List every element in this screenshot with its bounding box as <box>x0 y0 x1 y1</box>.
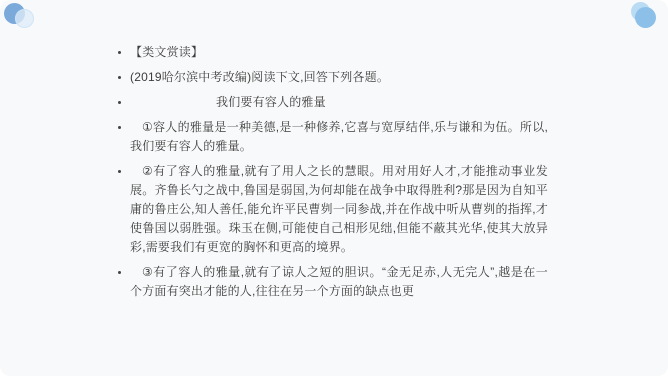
decorative-circles-top-right <box>631 2 661 32</box>
bullet-icon <box>118 43 130 62</box>
list-item-paragraph: ③有了容人的雅量,就有了谅人之短的胆识。“金无足赤,人无完人”,越是在一个方面有… <box>118 263 548 301</box>
light-circle-icon <box>15 9 34 28</box>
bullet-icon <box>118 118 130 156</box>
bullet-icon <box>118 93 130 112</box>
list-item: 【类文赏读】 <box>118 43 548 62</box>
paragraph-text: ③有了容人的雅量,就有了谅人之短的胆识。“金无足赤,人无完人”,越是在一个方面有… <box>130 263 548 301</box>
decorative-circles-top-left <box>4 3 40 35</box>
bullet-icon <box>118 68 130 87</box>
list-item: (2019哈尔滨中考改编)阅读下文,回答下列各题。 <box>118 68 548 87</box>
paragraph-text: ①容人的雅量是一种美德,是一种修养,它喜与宽厚结伴,乐与谦和为伍。所以,我们要有… <box>130 118 548 156</box>
bullet-icon <box>118 263 130 301</box>
blue-circle-icon <box>635 7 656 28</box>
list-item-paragraph: ②有了容人的雅量,就有了用人之长的慧眼。用对用好人才,才能推动事业发展。齐鲁长勺… <box>118 162 548 257</box>
paragraph-text: ②有了容人的雅量,就有了用人之长的慧眼。用对用好人才,才能推动事业发展。齐鲁长勺… <box>130 162 548 257</box>
list-item-text: 【类文赏读】 <box>130 43 548 62</box>
list-item-paragraph: ①容人的雅量是一种美德,是一种修养,它喜与宽厚结伴,乐与谦和为伍。所以,我们要有… <box>118 118 548 156</box>
slide-canvas: 【类文赏读】 (2019哈尔滨中考改编)阅读下文,回答下列各题。 我们要有容人的… <box>0 0 668 376</box>
slide-text-content: 【类文赏读】 (2019哈尔滨中考改编)阅读下文,回答下列各题。 我们要有容人的… <box>118 43 548 307</box>
list-item-essay-title: 我们要有容人的雅量 <box>118 93 548 112</box>
list-item-text: (2019哈尔滨中考改编)阅读下文,回答下列各题。 <box>130 68 548 87</box>
essay-title-text: 我们要有容人的雅量 <box>130 93 548 112</box>
bullet-icon <box>118 162 130 257</box>
